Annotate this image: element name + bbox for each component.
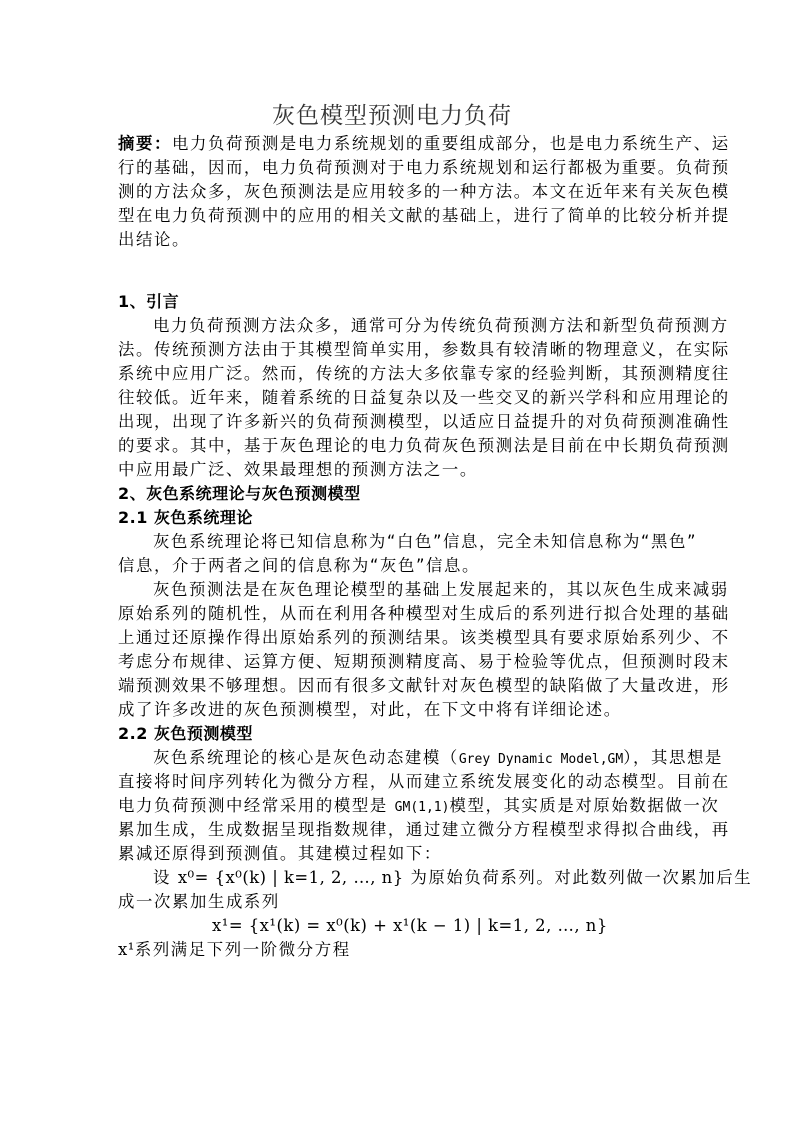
- paragraph-line: 上通过还原操作得出原始系列的预测结果。该类模型具有要求原始系列少、不: [118, 626, 666, 650]
- paragraph-line: 电力负荷预测方法众多，通常可分为传统负荷预测方法和新型负荷预测方: [118, 314, 666, 338]
- text-run: 模型，其实质是对原始数据做一次: [449, 796, 719, 815]
- paragraph-line: 考虑分布规律、运算方便、短期预测精度高、易于检验等优点，但预测时段末: [118, 650, 666, 674]
- paragraph-line: 直接将时间序列转化为微分方程，从而建立系统发展变化的动态模型。目前在: [118, 770, 666, 794]
- paragraph-line: 电力负荷预测中经常采用的模型是 GM(1,1)模型，其实质是对原始数据做一次: [118, 794, 666, 818]
- paragraph-line: 灰色系统理论的核心是灰色动态建模（Grey Dynamic Model,GM），…: [118, 746, 666, 770]
- paragraph-line: 系统中应用广泛。然而，传统的方法大多依靠专家的经验判断，其预测精度往: [118, 362, 666, 386]
- abstract-label: 摘要：: [118, 134, 172, 153]
- section-2: 2、灰色系统理论与灰色预测模型 2.1 灰色系统理论 灰色系统理论将已知信息称为…: [118, 482, 666, 962]
- text-run-mono: GM(1,1): [395, 800, 450, 815]
- inline-math: x⁰= {x⁰(k) | k=1, 2, …, n}: [178, 868, 404, 887]
- spacer: [118, 252, 666, 276]
- section-1: 1、引言 电力负荷预测方法众多，通常可分为传统负荷预测方法和新型负荷预测方 法。…: [118, 290, 666, 482]
- text-run-mono: Grey Dynamic Model,GM: [459, 752, 623, 767]
- text-run: 系列满足下列一阶微分方程: [135, 940, 351, 959]
- paragraph-line: 法。传统预测方法由于其模型简单实用，参数具有较清晰的物理意义，在实际: [118, 338, 666, 362]
- abstract-line: 型在电力负荷预测中的应用的相关文献的基础上，进行了简单的比较分析并提: [118, 204, 666, 228]
- paragraph-line: 累减还原得到预测值。其建模过程如下：: [118, 842, 666, 866]
- inline-math: x¹: [118, 940, 135, 959]
- abstract-line: 行的基础，因而，电力负荷预测对于电力系统规划和运行都极为重要。负荷预: [118, 156, 666, 180]
- subsection-heading: 2.2 灰色预测模型: [118, 722, 666, 746]
- paragraph-line: 累加生成，生成数据呈现指数规律，通过建立微分方程模型求得拟合曲线，再: [118, 818, 666, 842]
- abstract-line: 出结论。: [118, 228, 666, 252]
- equation: x¹= {x¹(k) = x⁰(k) + x¹(k − 1) | k=1, 2,…: [118, 914, 666, 938]
- subsection-heading: 2.1 灰色系统理论: [118, 506, 666, 530]
- text-run: 为原始负荷系列。对此数列做一次累加后生: [404, 868, 753, 887]
- section-heading: 1、引言: [118, 290, 666, 314]
- paragraph-line: 中应用最广泛、效果最理想的预测方法之一。: [118, 458, 666, 482]
- section-heading: 2、灰色系统理论与灰色预测模型: [118, 482, 666, 506]
- document-page: 灰色模型预测电力负荷 摘要：电力负荷预测是电力系统规划的重要组成部分，也是电力系…: [118, 100, 666, 962]
- paragraph-line: 设 x⁰= {x⁰(k) | k=1, 2, …, n} 为原始负荷系列。对此数…: [118, 866, 666, 890]
- text-run: ），其思想是: [623, 748, 723, 767]
- paragraph-line: 端预测效果不够理想。因而有很多文献针对灰色模型的缺陷做了大量改进，形: [118, 674, 666, 698]
- paragraph-line: x¹系列满足下列一阶微分方程: [118, 938, 666, 962]
- paragraph-line: 成了许多改进的灰色预测模型，对此，在下文中将有详细论述。: [118, 698, 666, 722]
- document-title: 灰色模型预测电力负荷: [118, 100, 666, 132]
- text-run: 电力负荷预测中经常采用的模型是: [118, 796, 395, 815]
- text-run: 设: [153, 868, 178, 887]
- abstract-line: 测的方法众多，灰色预测法是应用较多的一种方法。本文在近年来有关灰色模: [118, 180, 666, 204]
- paragraph-line: 往较低。近年来，随着系统的日益复杂以及一些交叉的新兴学科和应用理论的: [118, 386, 666, 410]
- abstract: 摘要：电力负荷预测是电力系统规划的重要组成部分，也是电力系统生产、运 行的基础，…: [118, 132, 666, 252]
- paragraph-line: 灰色系统理论将已知信息称为“白色”信息，完全未知信息称为“黑色”: [118, 530, 666, 554]
- paragraph-line: 的要求。其中，基于灰色理论的电力负荷灰色预测法是目前在中长期负荷预测: [118, 434, 666, 458]
- paragraph-line: 灰色预测法是在灰色理论模型的基础上发展起来的，其以灰色生成来减弱: [118, 578, 666, 602]
- paragraph-line: 信息，介于两者之间的信息称为“灰色”信息。: [118, 554, 666, 578]
- abstract-line: 电力负荷预测是电力系统规划的重要组成部分，也是电力系统生产、运: [172, 134, 730, 153]
- paragraph-line: 原始系列的随机性，从而在利用各种模型对生成后的系列进行拟合处理的基础: [118, 602, 666, 626]
- paragraph-line: 成一次累加生成系列: [118, 890, 666, 914]
- text-run: 灰色系统理论的核心是灰色动态建模（: [153, 748, 459, 767]
- paragraph-line: 出现，出现了许多新兴的负荷预测模型，以适应日益提升的对负荷预测准确性: [118, 410, 666, 434]
- spacer: [118, 276, 666, 290]
